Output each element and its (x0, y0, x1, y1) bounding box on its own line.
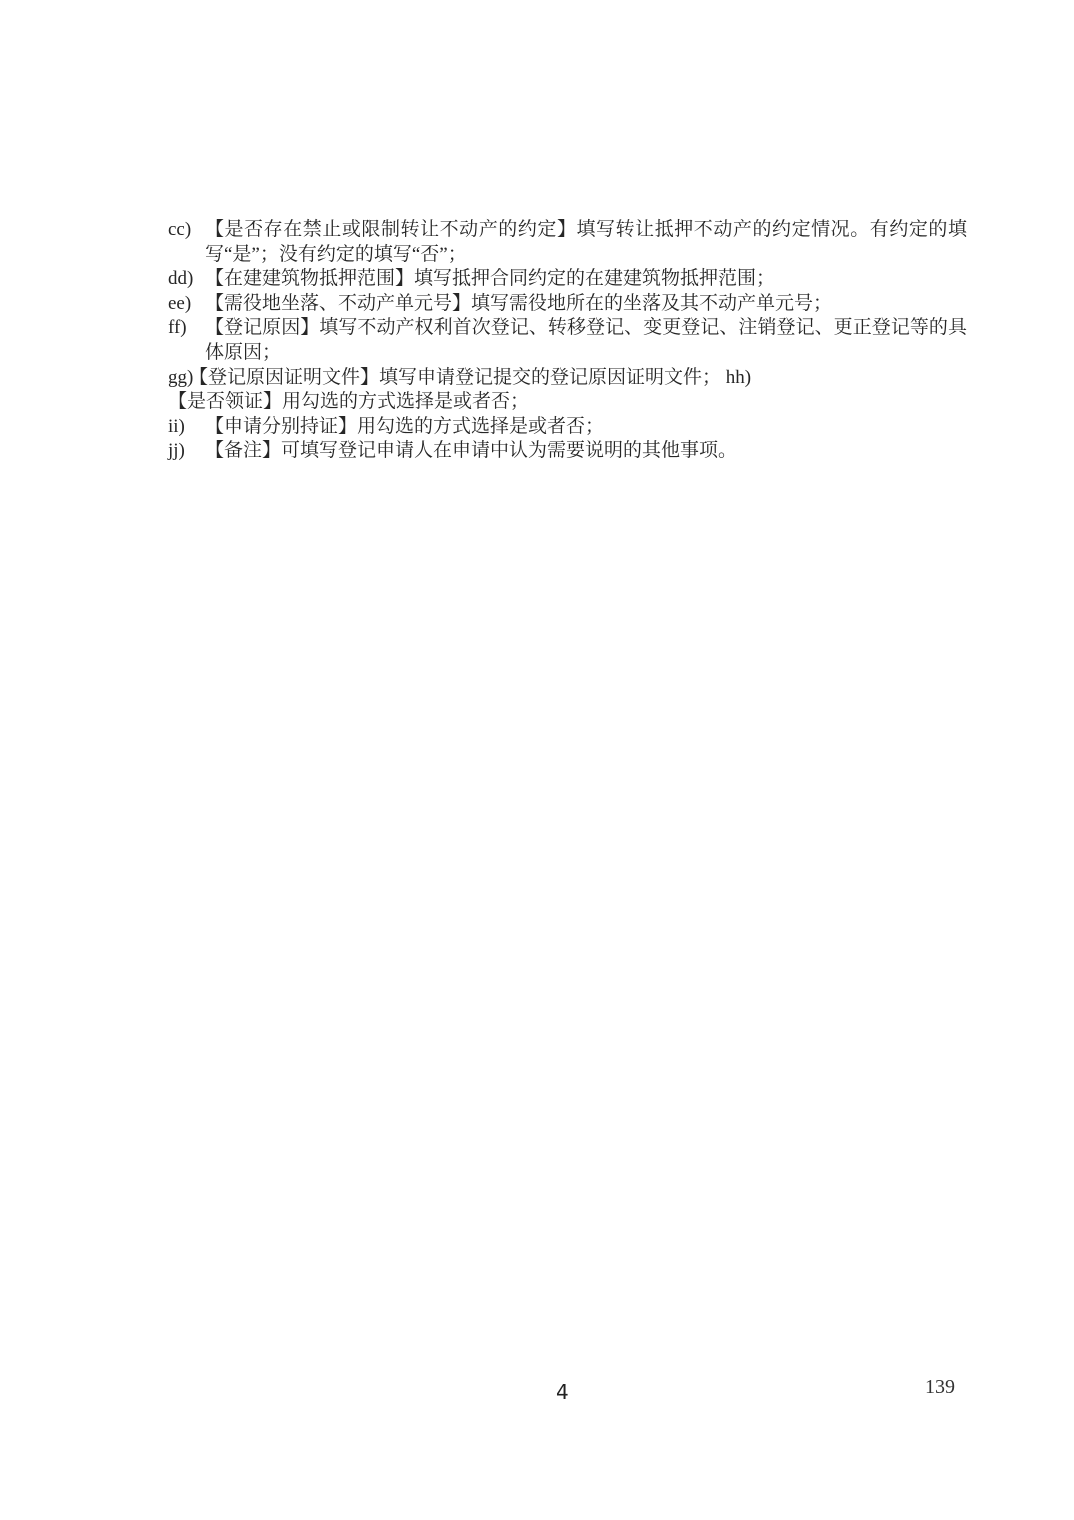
list-item-hh-continuation: 【是否领证】用勾选的方式选择是或者否； (168, 390, 967, 415)
list-item-cc: cc) 【是否存在禁止或限制转让不动产的约定】填写转让抵押不动产的约定情况。有约… (168, 218, 967, 267)
clause-list: cc) 【是否存在禁止或限制转让不动产的约定】填写转让抵押不动产的约定情况。有约… (168, 218, 967, 464)
item-label: dd) (168, 267, 193, 292)
list-item-ii: ii) 【申请分别持证】用勾选的方式选择是或者否； (168, 415, 967, 440)
list-item-dd: dd) 【在建建筑物抵押范围】填写抵押合同约定的在建建筑物抵押范围； (168, 267, 967, 292)
item-label: ee) (168, 292, 191, 317)
item-label: ff) (168, 316, 187, 341)
list-item-jj: jj) 【备注】可填写登记申请人在申请中认为需要说明的其他事项。 (168, 439, 967, 464)
item-text: 【需役地坐落、不动产单元号】填写需役地所在的坐落及其不动产单元号； (205, 293, 832, 314)
item-text: 【是否领证】用勾选的方式选择是或者否； (168, 391, 529, 412)
item-label: ii) (168, 415, 185, 440)
document-page: cc) 【是否存在禁止或限制转让不动产的约定】填写转让抵押不动产的约定情况。有约… (0, 0, 1074, 1520)
page-number: 4 (556, 1380, 569, 1404)
item-label: cc) (168, 218, 191, 243)
list-item-ff: ff) 【登记原因】填写不动产权利首次登记、转移登记、变更登记、注销登记、更正登… (168, 316, 967, 365)
item-text: 【是否存在禁止或限制转让不动产的约定】填写转让抵押不动产的约定情况。有约定的填写… (205, 219, 967, 265)
item-label: jj) (168, 439, 185, 464)
item-text: 【登记原因证明文件】填写申请登记提交的登记原因证明文件； hh) (189, 367, 751, 388)
item-text: 【在建建筑物抵押范围】填写抵押合同约定的在建建筑物抵押范围； (205, 268, 775, 289)
corner-number: 139 (925, 1376, 955, 1399)
item-text: 【登记原因】填写不动产权利首次登记、转移登记、变更登记、注销登记、更正登记等的具… (205, 317, 967, 363)
item-text: 【申请分别持证】用勾选的方式选择是或者否； (205, 416, 604, 437)
item-label: gg) (168, 366, 193, 391)
item-text: 【备注】可填写登记申请人在申请中认为需要说明的其他事项。 (205, 440, 737, 461)
list-item-ee: ee) 【需役地坐落、不动产单元号】填写需役地所在的坐落及其不动产单元号； (168, 292, 967, 317)
list-item-gg: gg) 【登记原因证明文件】填写申请登记提交的登记原因证明文件； hh) (168, 366, 967, 391)
